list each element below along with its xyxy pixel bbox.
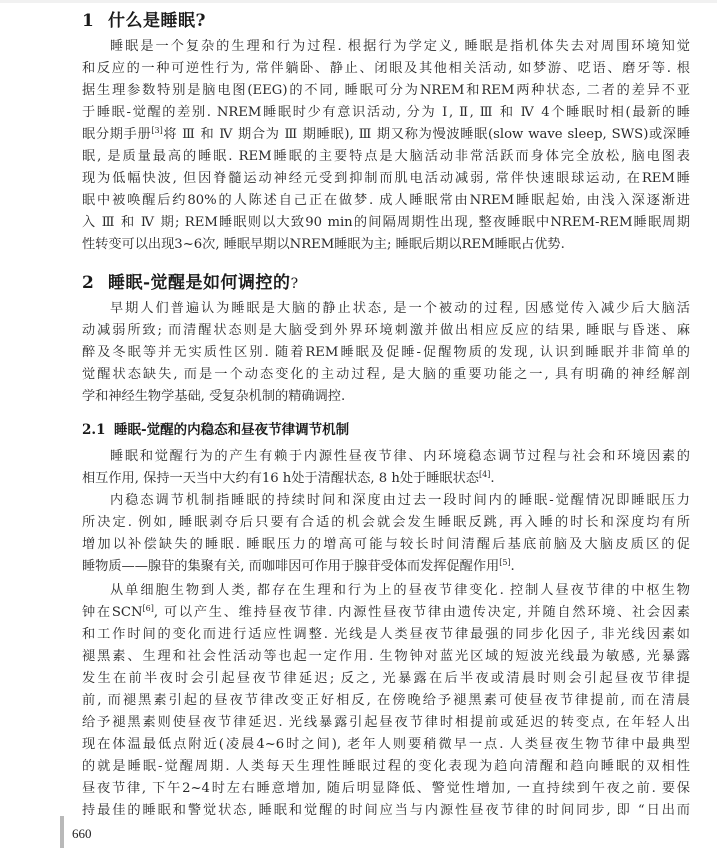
paragraph-line: 内稳态调节机制指睡眠的持续时间和深度由过去一段时间内的睡眠-觉醒情况即睡眠压力 bbox=[82, 490, 690, 512]
paragraph-line: 眠, 是质量最高的睡眠. REM睡眠的主要特点是大脑活动非常活跃而身体完全放松,… bbox=[82, 146, 690, 168]
subsection-title: 睡眠-觉醒的内稳态和昼夜节律调节机制 bbox=[114, 422, 349, 438]
paragraph-line: 睡物质——腺苷的集聚有关, 而咖啡因可作用于腺苷受体而发挥促醒作用[5]. bbox=[82, 556, 690, 578]
paragraph-line: 早期人们普遍认为睡眠是大脑的静止状态, 是一个被动的过程, 因感觉传入减少后大脑… bbox=[82, 298, 690, 320]
paragraph-line: 据生理参数特别是脑电图(EEG)的不同, 睡眠可分为NREM和REM两种状态, … bbox=[82, 80, 690, 102]
paragraph-line: 钟在SCN[6], 可以产生、维持昼夜节律. 内源性昼夜节律由遗传决定, 并随自… bbox=[82, 602, 690, 624]
paragraph-line: 现在体温最低点附近(凌晨4~6时之间), 老年人则要稍微早一点. 人类昼夜生物节… bbox=[82, 734, 690, 756]
paragraph-line: 昼夜节律, 下午2~4时左右睡意增加, 随后明显降低、警觉性增加, 一直持续到午… bbox=[82, 778, 690, 800]
paragraph-line: 学和神经生物学基础, 受复杂机制的精确调控. bbox=[82, 386, 690, 408]
page-footer-bar bbox=[60, 816, 64, 848]
paragraph-line: 睡眠和觉醒行为的产生有赖于内源性昼夜节律、内环境稳态调节过程与社会和环境因素的 bbox=[82, 446, 690, 468]
paragraph-line: 动减弱所致; 而清醒状态则是大脑受到外界环境刺激并做出相应反应的结果, 睡眠与昏… bbox=[82, 320, 690, 342]
paragraph-line: 入 Ⅲ 和 Ⅳ 期; REM睡眠则以大致90 min的间隔周期性出现, 整夜睡眠… bbox=[82, 212, 690, 234]
section-title: 什么是睡眠? bbox=[108, 11, 206, 31]
section-number: 2 bbox=[82, 273, 108, 293]
paragraph-line: 性转变可以出现3~6次, 睡眠早期以NREM睡眠为主; 睡眠后期以REM睡眠占优… bbox=[82, 234, 690, 256]
section-title: 睡眠-觉醒是如何调控的 bbox=[108, 273, 291, 293]
citation-ref[interactable]: [5] bbox=[499, 558, 510, 567]
paragraph-line: 给予褪黑素则使昼夜节律延迟. 光线暴露引起昼夜节律时相提前或延迟的转变点, 在年… bbox=[82, 712, 690, 734]
page-top-edge bbox=[0, 0, 717, 3]
paragraph-line: 睡眠是一个复杂的生理和行为过程. 根据行为学定义, 睡眠是指机体失去对周围环境知… bbox=[82, 36, 690, 58]
paragraph-line: 觉醒状态缺失, 而是一个动态变化的主动过程, 是大脑的重要功能之一, 具有明确的… bbox=[82, 364, 690, 386]
paragraph-line: 从单细胞生物到人类, 都存在生理和行为上的昼夜节律变化. 控制人昼夜节律的中枢生… bbox=[82, 580, 690, 602]
paragraph-line: 眠分期手册[3]将 Ⅲ 和 Ⅳ 期合为 Ⅲ 期睡眠), Ⅲ 期又称为慢波睡眠(s… bbox=[82, 124, 690, 146]
subsection-2-1-heading: 2.1睡眠-觉醒的内稳态和昼夜节律调节机制 bbox=[82, 418, 349, 438]
paragraph-line: 发生在前半夜时会引起昼夜节律延迟; 反之, 光暴露在后半夜或清晨时则会引起昼夜节… bbox=[82, 668, 690, 690]
citation-ref[interactable]: [4] bbox=[479, 470, 490, 479]
paragraph-line: 所决定. 例如, 睡眠剥夺后只要有合适的机会就会发生睡眠反跳, 再入睡的时长和深… bbox=[82, 512, 690, 534]
paragraph-line: 褪黑素、生理和社会性活动等也起一定作用. 生物钟对蓝光区域的短波光线最为敏感, … bbox=[82, 646, 690, 668]
paragraph-line: 现为低幅快波, 但因脊髓运动神经元受到抑制而肌电活动减弱, 常伴快速眼球运动, … bbox=[82, 168, 690, 190]
paragraph-line: 醉及冬眠等并无实质性区别. 随着REM睡眠及促睡-促醒物质的发现, 认识到睡眠并… bbox=[82, 342, 690, 364]
citation-ref[interactable]: [3] bbox=[151, 126, 162, 135]
citation-ref[interactable]: [6] bbox=[143, 604, 154, 613]
paragraph-line: 相互作用, 保持一天当中大约有16 h处于清醒状态, 8 h处于睡眠状态[4]. bbox=[82, 468, 690, 490]
paragraph-line: 于睡眠-觉醒的差别. NREM睡眠时少有意识活动, 分为 Ⅰ, Ⅱ, Ⅲ 和 Ⅳ… bbox=[82, 102, 690, 124]
subsection-number: 2.1 bbox=[82, 422, 114, 438]
paragraph-line: 的就是睡眠-觉醒周期. 人类每天生理性睡眠过程的变化表现为趋向清醒和趋向睡眠的双… bbox=[82, 756, 690, 778]
paragraph-line: 持最佳的睡眠和警觉状态, 睡眠和觉醒的时间应当与内源性昼夜节律的时间同步, 即 … bbox=[82, 800, 690, 822]
paragraph-line: 和反应的一种可逆性行为, 常伴躺卧、静止、闭眼及其他相关活动, 如梦游、呓语、磨… bbox=[82, 58, 690, 80]
section-2-heading: 2睡眠-觉醒是如何调控的? bbox=[82, 268, 299, 293]
paragraph-line: 增加以补偿缺失的睡眠. 睡眠压力的增高可能与较长时间清醒后基底前脑及大脑皮质区的… bbox=[82, 534, 690, 556]
page-number: 660 bbox=[72, 826, 92, 842]
section-number: 1 bbox=[82, 11, 108, 31]
paragraph-line: 前, 而褪黑素引起的昼夜节律改变正好相反, 在傍晚给予褪黑素可使昼夜节律提前, … bbox=[82, 690, 690, 712]
paragraph-line: 眠中被唤醒后约80%的人陈述自己正在做梦. 成人睡眠常由NREM睡眠起始, 由浅… bbox=[82, 190, 690, 212]
section-1-heading: 1什么是睡眠? bbox=[82, 6, 206, 31]
paragraph-line: 和工作时间的变化而进行适应性调整. 光线是人类昼夜节律最强的同步化因子, 非光线… bbox=[82, 624, 690, 646]
